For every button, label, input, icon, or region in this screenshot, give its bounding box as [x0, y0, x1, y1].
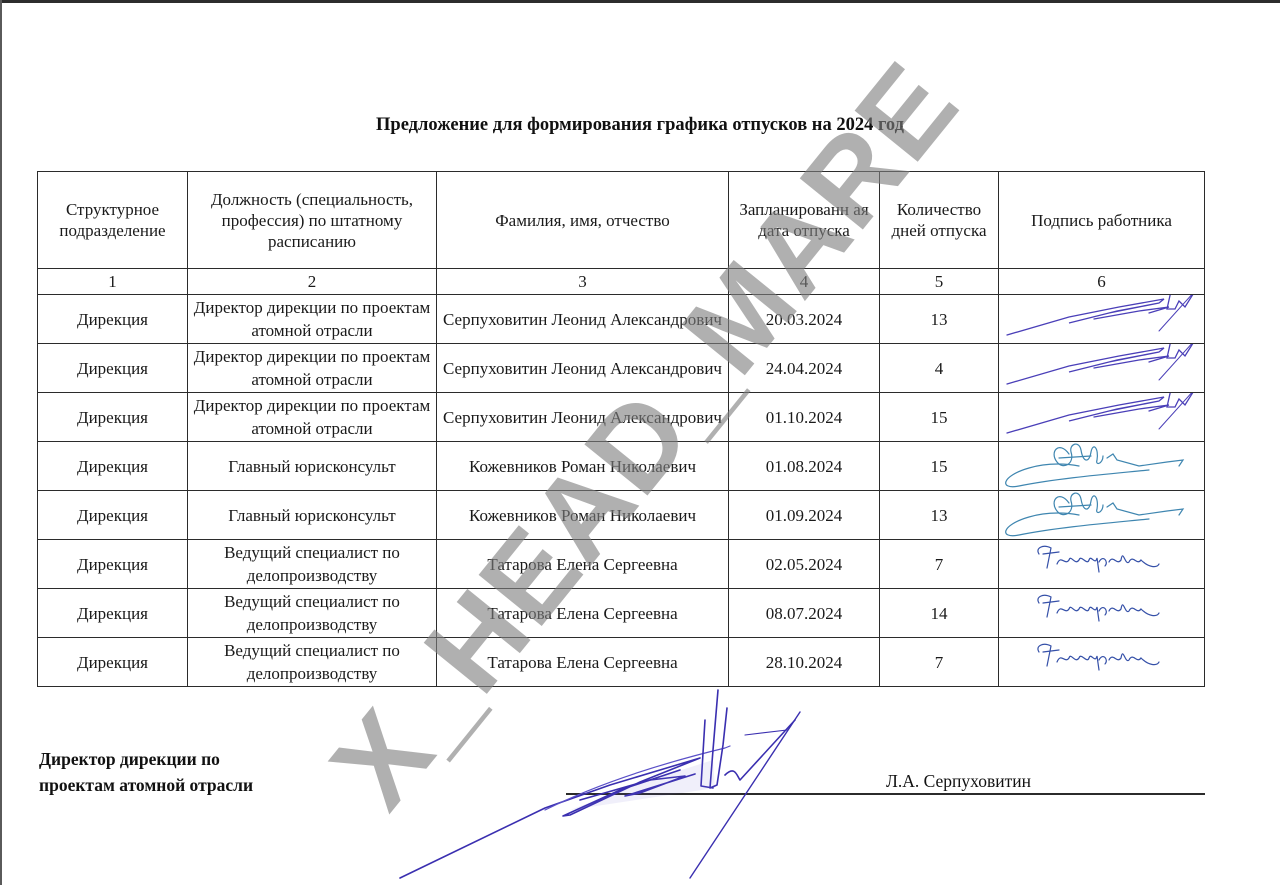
header-full-name: Фамилия, имя, отчество [437, 172, 729, 269]
cell-full-name: Татарова Елена Сергеевна [437, 589, 729, 638]
column-number: 6 [999, 269, 1205, 295]
cell-days-count: 15 [880, 442, 999, 491]
cell-days-count: 14 [880, 589, 999, 638]
signature-tatarova-icon [999, 589, 1204, 638]
signature-serpukhovitin-icon [999, 393, 1204, 442]
cell-days-count: 7 [880, 638, 999, 687]
cell-planned-date: 24.04.2024 [729, 344, 880, 393]
signature-tatarova-icon [999, 540, 1204, 589]
cell-planned-date: 02.05.2024 [729, 540, 880, 589]
cell-department: Дирекция [38, 442, 188, 491]
cell-full-name: Кожевников Роман Николаевич [437, 491, 729, 540]
table-row: Дирекция Директор дирекции по проектам а… [38, 393, 1205, 442]
cell-position: Главный юрисконсульт [188, 491, 437, 540]
cell-department: Дирекция [38, 638, 188, 687]
cell-planned-date: 20.03.2024 [729, 295, 880, 344]
cell-department: Дирекция [38, 491, 188, 540]
signer-position: Директор дирекции по проектам атомной от… [39, 746, 253, 798]
table-row: Дирекция Ведущий специалист по делопроиз… [38, 589, 1205, 638]
cell-planned-date: 08.07.2024 [729, 589, 880, 638]
cell-department: Дирекция [38, 540, 188, 589]
column-number-row: 1 2 3 4 5 6 [38, 269, 1205, 295]
cell-employee-signature [999, 589, 1205, 638]
cell-employee-signature [999, 442, 1205, 491]
cell-department: Дирекция [38, 589, 188, 638]
header-department: Структурное подразделение [38, 172, 188, 269]
cell-position: Главный юрисконсульт [188, 442, 437, 491]
cell-full-name: Серпуховитин Леонид Александрович [437, 295, 729, 344]
header-employee-signature: Подпись работника [999, 172, 1205, 269]
signature-kozhevnikov-icon [999, 442, 1204, 491]
column-number: 4 [729, 269, 880, 295]
column-number: 5 [880, 269, 999, 295]
cell-position: Ведущий специалист по делопроизводству [188, 589, 437, 638]
table-row: Дирекция Ведущий специалист по делопроиз… [38, 540, 1205, 589]
cell-days-count: 4 [880, 344, 999, 393]
cell-days-count: 13 [880, 491, 999, 540]
cell-employee-signature [999, 344, 1205, 393]
signer-position-line-2: проектам атомной отрасли [39, 772, 253, 798]
cell-department: Дирекция [38, 393, 188, 442]
cell-employee-signature [999, 540, 1205, 589]
cell-full-name: Серпуховитин Леонид Александрович [437, 344, 729, 393]
cell-full-name: Татарова Елена Сергеевна [437, 638, 729, 687]
cell-planned-date: 01.08.2024 [729, 442, 880, 491]
cell-days-count: 13 [880, 295, 999, 344]
cell-department: Дирекция [38, 295, 188, 344]
cell-position: Директор дирекции по проектам атомной от… [188, 344, 437, 393]
table-row: Дирекция Главный юрисконсульт Кожевников… [38, 442, 1205, 491]
cell-employee-signature [999, 393, 1205, 442]
signer-name: Л.А. Серпуховитин [886, 771, 1031, 792]
document-title: Предложение для формирования графика отп… [0, 115, 1280, 136]
director-signature-icon [395, 690, 815, 885]
cell-days-count: 7 [880, 540, 999, 589]
table-header-row: Структурное подразделение Должность (спе… [38, 172, 1205, 269]
table-row: Дирекция Директор дирекции по проектам а… [38, 344, 1205, 393]
signature-serpukhovitin-icon [999, 344, 1204, 393]
cell-employee-signature [999, 295, 1205, 344]
table-row: Дирекция Главный юрисконсульт Кожевников… [38, 491, 1205, 540]
vacation-schedule-table: Структурное подразделение Должность (спе… [37, 171, 1205, 687]
cell-department: Дирекция [38, 344, 188, 393]
cell-planned-date: 28.10.2024 [729, 638, 880, 687]
cell-position: Директор дирекции по проектам атомной от… [188, 393, 437, 442]
cell-position: Директор дирекции по проектам атомной от… [188, 295, 437, 344]
cell-days-count: 15 [880, 393, 999, 442]
signature-tatarova-icon [999, 638, 1204, 687]
column-number: 3 [437, 269, 729, 295]
header-planned-date: Запланированн ая дата отпуска [729, 172, 880, 269]
table-body: Дирекция Директор дирекции по проектам а… [38, 295, 1205, 687]
cell-planned-date: 01.10.2024 [729, 393, 880, 442]
cell-employee-signature [999, 638, 1205, 687]
signature-kozhevnikov-icon [999, 491, 1204, 540]
header-position: Должность (специальность, профессия) по … [188, 172, 437, 269]
cell-employee-signature [999, 491, 1205, 540]
cell-full-name: Кожевников Роман Николаевич [437, 442, 729, 491]
cell-full-name: Татарова Елена Сергеевна [437, 540, 729, 589]
cell-planned-date: 01.09.2024 [729, 491, 880, 540]
table-row: Дирекция Ведущий специалист по делопроиз… [38, 638, 1205, 687]
signature-serpukhovitin-icon [999, 295, 1204, 344]
column-number: 1 [38, 269, 188, 295]
signer-position-line-1: Директор дирекции по [39, 746, 253, 772]
cell-full-name: Серпуховитин Леонид Александрович [437, 393, 729, 442]
header-days-count: Количество дней отпуска [880, 172, 999, 269]
cell-position: Ведущий специалист по делопроизводству [188, 540, 437, 589]
column-number: 2 [188, 269, 437, 295]
table-row: Дирекция Директор дирекции по проектам а… [38, 295, 1205, 344]
cell-position: Ведущий специалист по делопроизводству [188, 638, 437, 687]
